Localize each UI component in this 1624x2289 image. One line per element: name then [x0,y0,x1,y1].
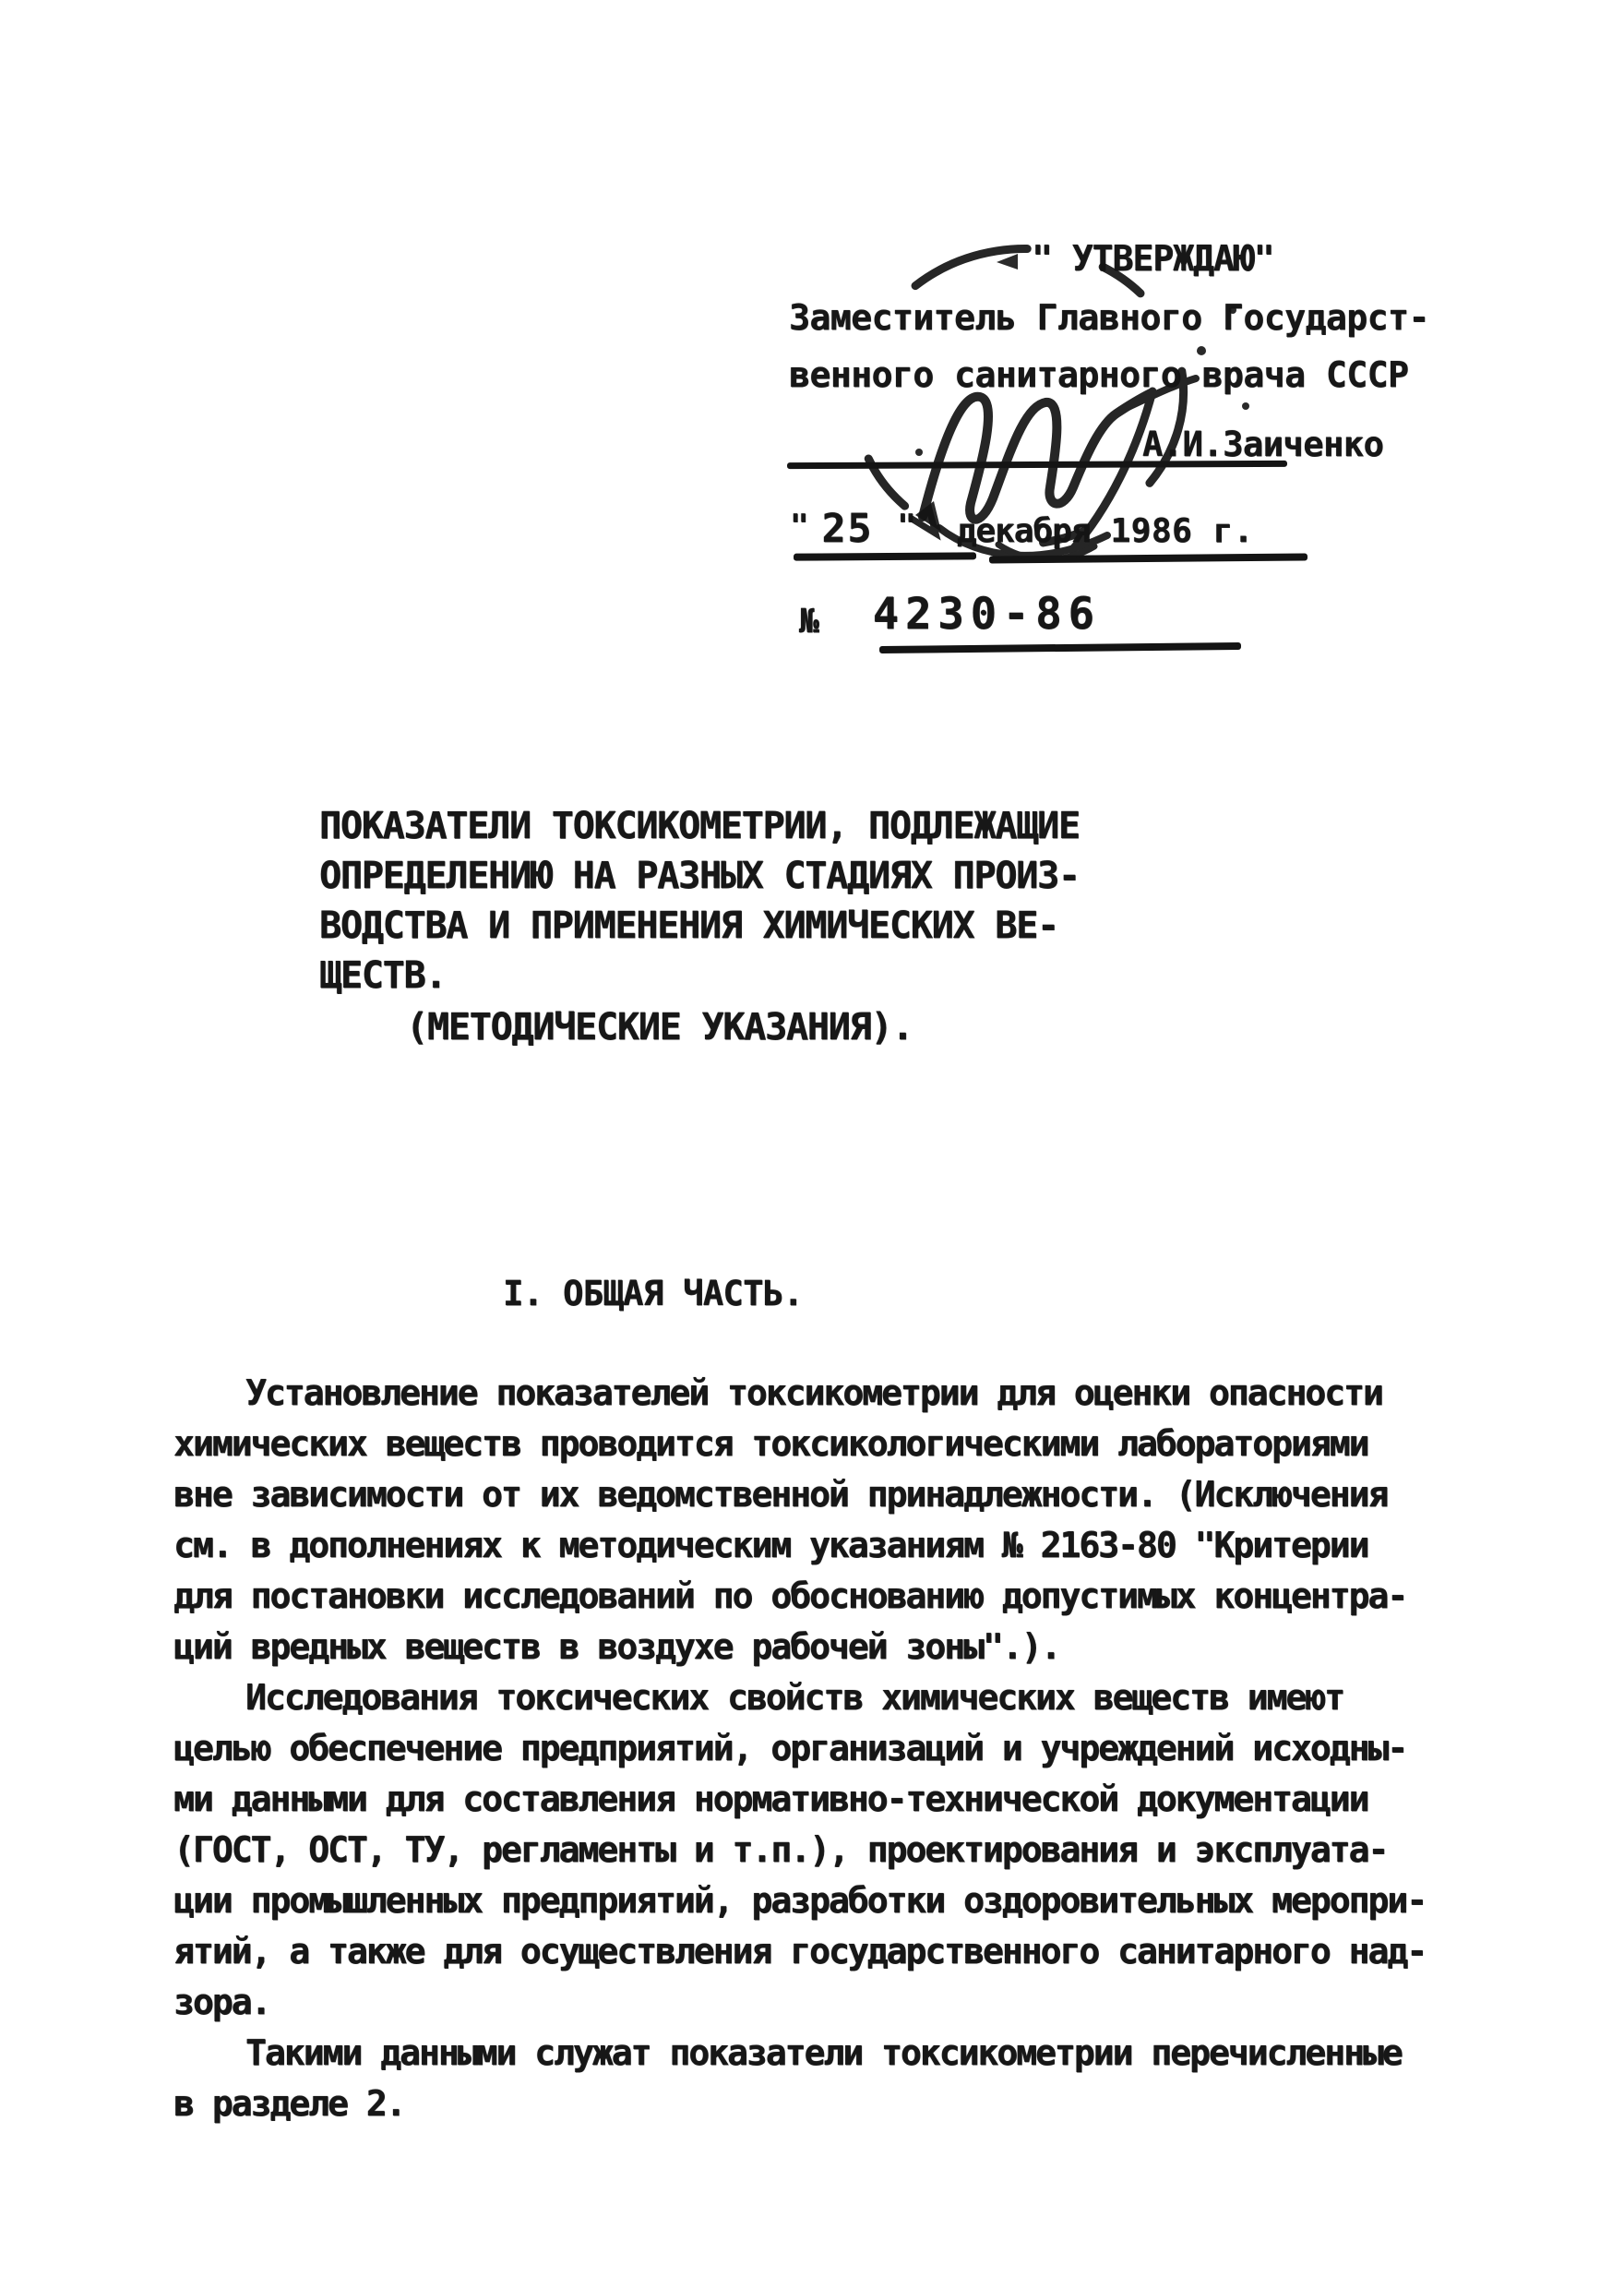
date-open-quote: " [790,508,808,545]
signature-scribble-icon [923,393,1151,520]
body-line: Установление показателей токсикометрии д… [173,1368,1502,1419]
body-line: целью обеспечение предприятий, организац… [173,1723,1502,1774]
body-line: Такими данными служат показатели токсико… [173,2028,1502,2079]
body-line: для постановки исследований по обоснован… [173,1571,1502,1622]
day-underline [794,552,976,560]
date-day: 25 [821,506,873,552]
title-line: ОПРЕДЕЛЕНИЮ НА РАЗНЫХ СТАДИЯХ ПРОИЗ- [319,855,1080,897]
approval-date: "25"декабря1986 г. [790,506,1254,552]
document-page: " УТВЕРЖДАЮ" Заместитель Главного Госуда… [0,0,1624,2289]
month-underline [989,553,1308,563]
document-subtitle: (МЕТОДИЧЕСКИЕ УКАЗАНИЯ). [406,1006,913,1049]
body-line: химических веществ проводится токсиколог… [173,1419,1502,1469]
body-line: см. в дополнениях к методическим указани… [173,1520,1502,1571]
body-line: ции промышленных предприятий, разработки… [173,1876,1502,1926]
section-heading: I. ОБЩАЯ ЧАСТЬ. [503,1274,803,1313]
body-line: ми данными для составления нормативно-те… [173,1774,1502,1825]
title-line: ЩЕСТВ. [319,954,446,997]
approve-label: " УТВЕРЖДАЮ" [1032,238,1274,279]
date-month: декабря [957,512,1091,550]
document-number: 4230-86 [873,589,1101,640]
body-line: ций вредных веществ в воздухе рабочей зо… [173,1622,1502,1672]
date-year: 1986 г. [1110,512,1253,550]
document-number-line: №4230-86 [799,589,1101,641]
body-line: зора. [173,1977,1502,2028]
body-line: (ГОСТ, ОСТ, ТУ, регламенты и т.п.), прое… [173,1825,1502,1876]
body-line: ятий, а также для осуществления государс… [173,1926,1502,1977]
body-line: в разделе 2. [173,2079,1502,2129]
date-close-quote: " [897,508,915,545]
title-line: ВОДСТВА И ПРИМЕНЕНИЯ ХИМИЧЕСКИХ ВЕ- [319,905,1058,947]
body-line: Исследования токсических свойств химичес… [173,1672,1502,1723]
approver-title-line1: Заместитель Главного Государст- [789,297,1429,338]
approver-name: А.И.Заиченко [1142,425,1383,464]
body-text: Установление показателей токсикометрии д… [173,1368,1502,2129]
number-sign: № [799,603,819,641]
number-underline [879,642,1241,653]
arrow-mark-icon [997,254,1018,270]
signature-underline [787,461,1287,469]
approver-title-line2: венного санитарного врача СССР [789,354,1408,395]
title-line: ПОКАЗАТЕЛИ ТОКСИКОМЕТРИИ, ПОДЛЕЖАЩИЕ [319,805,1080,847]
body-line: вне зависимости от их ведомственной прин… [173,1469,1502,1520]
